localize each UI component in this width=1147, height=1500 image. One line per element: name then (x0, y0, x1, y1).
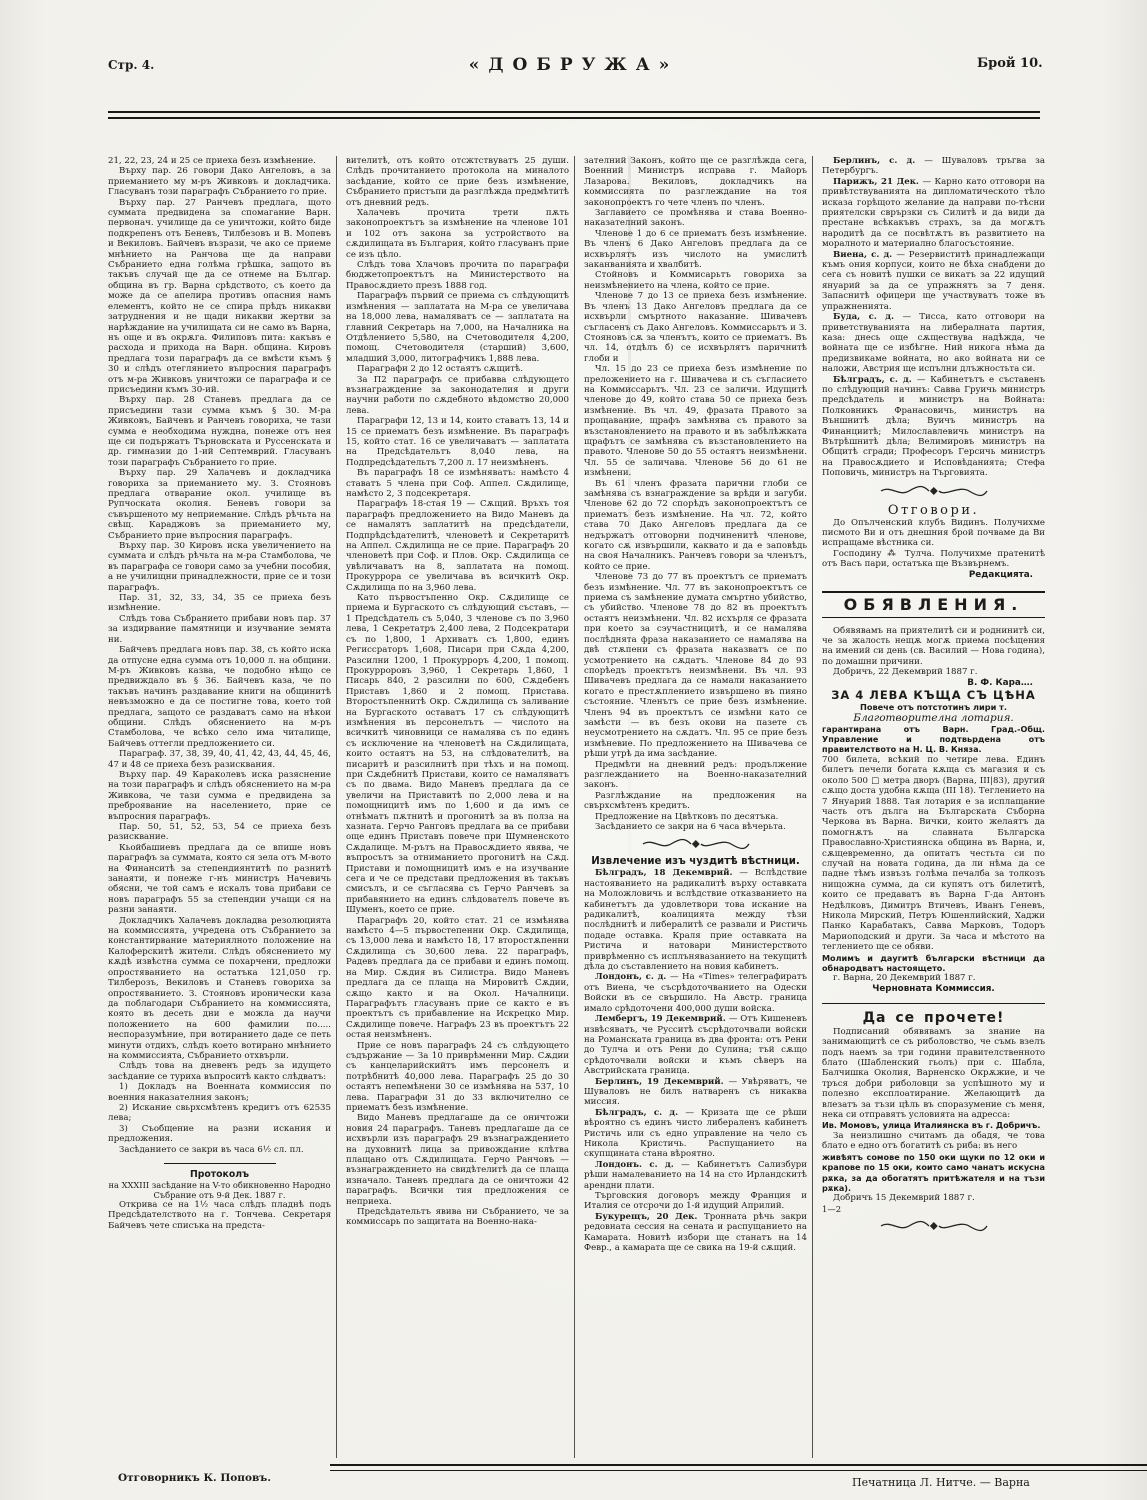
news-item: Бѣлградъ, 18 Декемврий. — Вслѣдствие нас… (584, 868, 807, 972)
paragraph: До Опълченский клубъ Видинъ. Получихме п… (822, 518, 1045, 549)
dateline: Лондонъ, с. д. (595, 972, 670, 982)
paragraph: Стойновъ и Коммисарьтъ говориха за неизм… (584, 270, 807, 291)
signature: В. Ф. Кара…. (822, 678, 1045, 689)
printer-credit: Печатница Л. Нитче. — Варна (852, 1476, 1030, 1489)
paragraph: Предложение на Цвѣтковъ по десятъка. (584, 812, 807, 822)
paragraph: г. Варна, 20 Декемврий 1887 г. (822, 973, 1045, 983)
paragraph: Видо Маневъ предлагаше да се оничтожи но… (346, 1113, 569, 1207)
paragraph: Членове 1 до 6 се приематъ безъ измѣнени… (584, 229, 807, 271)
masthead-rule (108, 111, 1040, 119)
paragraph: Кьойбашиевъ предлага да се впише новъ па… (108, 843, 331, 916)
paragraph: Обявявамъ на приятелитѣ си и роднинитѣ с… (822, 626, 1045, 668)
paragraph: Пар. 50, 51, 52, 53, 54 се приеха безъ р… (108, 822, 331, 843)
paragraph: Върху пар. 29 Халачевъ и докладчика гово… (108, 468, 331, 541)
news-item: Парижъ, 21 Дек. — Карно като отговори на… (822, 177, 1045, 250)
paragraph: Върху пар. 49 Караколевъ иска разяснение… (108, 770, 331, 822)
paragraph: Параграфъ първий се приема съ слѣдующитѣ… (346, 291, 569, 364)
paragraph: Ив. Момовъ, улица Италиянска въ г. Добри… (822, 1120, 1045, 1130)
paragraph: Докладчикъ Халачевъ докладва резолюцията… (108, 916, 331, 1062)
paragraph: Параграфъ 20, който стат. 21 се измѣнява… (346, 916, 569, 1041)
paragraph: Байчевъ предлага новъ пар. 38, съ който … (108, 645, 331, 749)
paragraph: 2) Искание свьрхсмѣтенъ кредитъ отъ 6253… (108, 1103, 331, 1124)
article-columns: 21, 22, 23, 24 и 25 се приеха безъ измѣн… (108, 156, 1045, 1464)
section-heading: Да се прочете! (822, 1010, 1045, 1027)
dateline: Бѣлградъ, с. д. (833, 375, 917, 385)
subtitle: Благотворителна лотария. (822, 712, 1045, 724)
dateline: Лембергъ, 19 Декемврий. (595, 1014, 729, 1024)
paragraph: Засѣданието се закри въ часа 6½ сл. пл. (108, 1145, 331, 1155)
short-rule (164, 1163, 276, 1164)
news-text: — Кабинетътъ е съставенъ по слѣдующий на… (822, 375, 1045, 479)
footer-rule (330, 1464, 1147, 1471)
paragraph: За П2 параграфъ се прибавва слѣдующето в… (346, 375, 569, 417)
paragraph: зателний Законъ, който ще се разглѣжда с… (584, 156, 807, 208)
paragraph: Засѣданието се закри на 6 часа вѣчерьта. (584, 822, 807, 832)
paragraph: Слѣдъ това на дневенъ редъ за идущето за… (108, 1061, 331, 1082)
paragraph: Търговския договоръ между Франция и Итал… (584, 1191, 807, 1212)
news-item: Берлинъ, с. д. — Шуваловъ тръгва за Пете… (822, 156, 1045, 177)
news-item: Буда, с. д. — Тисса, като отговори на пр… (822, 312, 1045, 374)
paragraph: живѣятъ сомове по 150 оки щуки по 12 оки… (822, 1152, 1045, 1194)
column-1: 21, 22, 23, 24 и 25 се приеха безъ измѣн… (108, 156, 331, 1464)
paragraph: Върху пар. 26 говори Дако Ангеловъ, а за… (108, 166, 331, 197)
paragraph: 700 билета, всѣкий по четире лева. Единъ… (822, 755, 1045, 953)
paragraph: Добричъ, 22 Декемврий 1887 г. (822, 667, 1045, 677)
paragraph: За неизлишно считамъ да обадя, че това б… (822, 1131, 1045, 1152)
masthead-title: «ДОБРУЖА» (0, 55, 1147, 75)
paragraph: вителитѣ, отъ който отсжтствуватъ 25 душ… (346, 156, 569, 208)
paragraph: Господину ⁂ Тулча. Получихме пратенитѣ о… (822, 549, 1045, 570)
flourish-ornament (584, 838, 807, 852)
paragraph: 3) Съобщение на разни искания и предложе… (108, 1124, 331, 1145)
flourish-ornament (822, 1220, 1045, 1234)
flourish-icon (641, 838, 751, 850)
news-item: Лондонъ. с. д. — Кабинетътъ Сализбури рѣ… (584, 1160, 807, 1191)
section-heading: Отговори. (822, 503, 1045, 518)
paragraph: Предмѣти на дневний редъ: продължение ра… (584, 760, 807, 791)
paragraph: Молимъ и даугитѣ български вѣстници да о… (822, 953, 1045, 974)
dateline: Бѣлградъ, 18 Декемврий. (595, 868, 739, 878)
subtitle: на XXXIII засѣдание на V-то обикновенно … (108, 1180, 331, 1200)
section-rule (822, 591, 1045, 593)
dateline: Парижъ, 21 Дек. (833, 177, 923, 187)
paragraph: Параграфи 12, 13 и 14, които ставатъ 13,… (346, 416, 569, 468)
paragraph: Разглѣждание на предложения на свърхсмѣт… (584, 791, 807, 812)
dateline: Бѣлградъ, с. д. (595, 1108, 685, 1118)
paragraph: 1) Докладъ на Военната коммиссия по воен… (108, 1082, 331, 1103)
paragraph: Открива се на 1½ часа слѣдъ пладнѣ подъ … (108, 1200, 331, 1231)
paragraph: Параграф. 37, 38, 39, 40, 41, 42, 43, 44… (108, 749, 331, 770)
paragraph: Заглавието се промѣнява и става Военно-н… (584, 208, 807, 229)
issue-note: 1—2 (822, 1204, 1045, 1214)
news-item: Лембергъ, 19 Декемврий. — Отъ Кишеневъ и… (584, 1014, 807, 1076)
news-item: Виена, с. д. — Резервиститѣ принадлежащи… (822, 250, 1045, 312)
dateline: Берлинъ, с. д. (833, 156, 924, 166)
paragraph: Слѣдъ това Хлачовъ прочита по параграфи … (346, 260, 569, 291)
paragraph: Върху пар. 30 Кировъ иска увеличението н… (108, 541, 331, 593)
section-rule (822, 617, 1045, 618)
paragraph: Подписаний обявявамъ за знание на занима… (822, 1027, 1045, 1121)
news-item: Лондонъ, с. д. — На «Times» телеграфират… (584, 972, 807, 1014)
flourish-icon (879, 1220, 989, 1232)
news-item: Букурещъ, 20 Дек. Тронната рѣчь закри ре… (584, 1212, 807, 1254)
paragraph: Слѣдъ това Събранието прибави новъ пар. … (108, 614, 331, 645)
responsible-editor-credit: Отговорникъ К. Поповъ. (118, 1472, 271, 1484)
section-heading: Извлечение изъ чуздитѣ вѣстници. (584, 856, 807, 868)
paragraph: Предсѣдательтъ явива ни Събранието, че з… (346, 1207, 569, 1228)
column-3: зателний Законъ, който ще се разглѣжда с… (584, 156, 807, 1464)
news-item: Берлинъ, 19 Декемврий. — Увѣряватъ, че Ш… (584, 1077, 807, 1108)
news-text: — Карно като отговори на привѣтствувания… (822, 177, 1045, 249)
paragraph: Въ 61 членъ фразата парични глоби се зам… (584, 479, 807, 573)
dateline: Лондонъ. с. д. (595, 1160, 681, 1170)
section-heading: Протоколъ (108, 1169, 331, 1180)
signature: Черновната Коммиссия. (822, 984, 1045, 995)
paragraph: Върху пар. 28 Станевъ предлага да се при… (108, 395, 331, 468)
section-rule (822, 1003, 1045, 1004)
paragraph: 21, 22, 23, 24 и 25 се приеха безъ измѣн… (108, 156, 331, 166)
paragraph: Чл. 15 до 23 се приеха безъ измѣнение по… (584, 364, 807, 478)
signature: Редакцията. (822, 570, 1045, 581)
paragraph: гарантирана отъ Варн. Град.-Общ. Управле… (822, 724, 1045, 755)
section-heading: ЗА 4 ЛЕВА КЪЩА СЪ ЦѢНА (822, 689, 1045, 702)
dateline: Виена, с. д. (833, 250, 896, 260)
column-4: Берлинъ, с. д. — Шуваловъ тръгва за Пете… (822, 156, 1045, 1464)
paragraph: Пар. 31, 32, 33, 34, 35 се приеха безъ и… (108, 593, 331, 614)
dateline: Буда, с. д. (833, 312, 903, 322)
news-item: Бѣлградъ, с. д. — Кризата ще се рѣши вѣр… (584, 1108, 807, 1160)
paragraph: Като първостъпенно Окр. Сѫдилище се прие… (346, 593, 569, 916)
paragraph: Параграфъ 18-стая 19 — Сѫщий. Връхъ тоя … (346, 499, 569, 593)
paragraph: Членове 73 до 77 въ проектътъ се приемат… (584, 572, 807, 759)
paragraph: Добричъ 15 Декемврий 1887 г. (822, 1193, 1045, 1203)
dateline: Букурещъ, 20 Дек. (595, 1212, 704, 1222)
column-2: вителитѣ, отъ който отсжтствуватъ 25 душ… (346, 156, 569, 1464)
news-item: Бѣлградъ, с. д. — Кабинетътъ е съставенъ… (822, 375, 1045, 479)
flourish-ornament (822, 485, 1045, 499)
paragraph: Въ параграфъ 18 се измѣняватъ: намѣсто 4… (346, 468, 569, 499)
subtitle: Повече отъ потстотинъ лири т. (822, 702, 1045, 712)
paragraph: Параграфи 2 до 12 остаятъ сѫщитѣ. (346, 364, 569, 374)
newspaper-page: { "colors": { "paper": "#f2f1ec", "ink":… (0, 0, 1147, 1500)
paragraph: Халачевъ прочита трети пѫть законопроект… (346, 208, 569, 260)
paragraph: Членове 7 до 13 се приеха безъ измѣнение… (584, 291, 807, 364)
section-heading: ОБЯВЛЕНИЯ. (822, 595, 1045, 615)
paragraph: Прие се новъ параграфъ 24 съ слѣдующето … (346, 1041, 569, 1114)
paragraph: Върху пар. 27 Ранчевъ предлага, щото сум… (108, 198, 331, 396)
flourish-icon (879, 485, 989, 497)
issue-number-label: Брой 10. (977, 56, 1043, 71)
dateline: Берлинъ, 19 Декемврий. (595, 1077, 728, 1087)
news-text: — Вслѣдствие настояванието на радикалитѣ… (584, 868, 807, 972)
